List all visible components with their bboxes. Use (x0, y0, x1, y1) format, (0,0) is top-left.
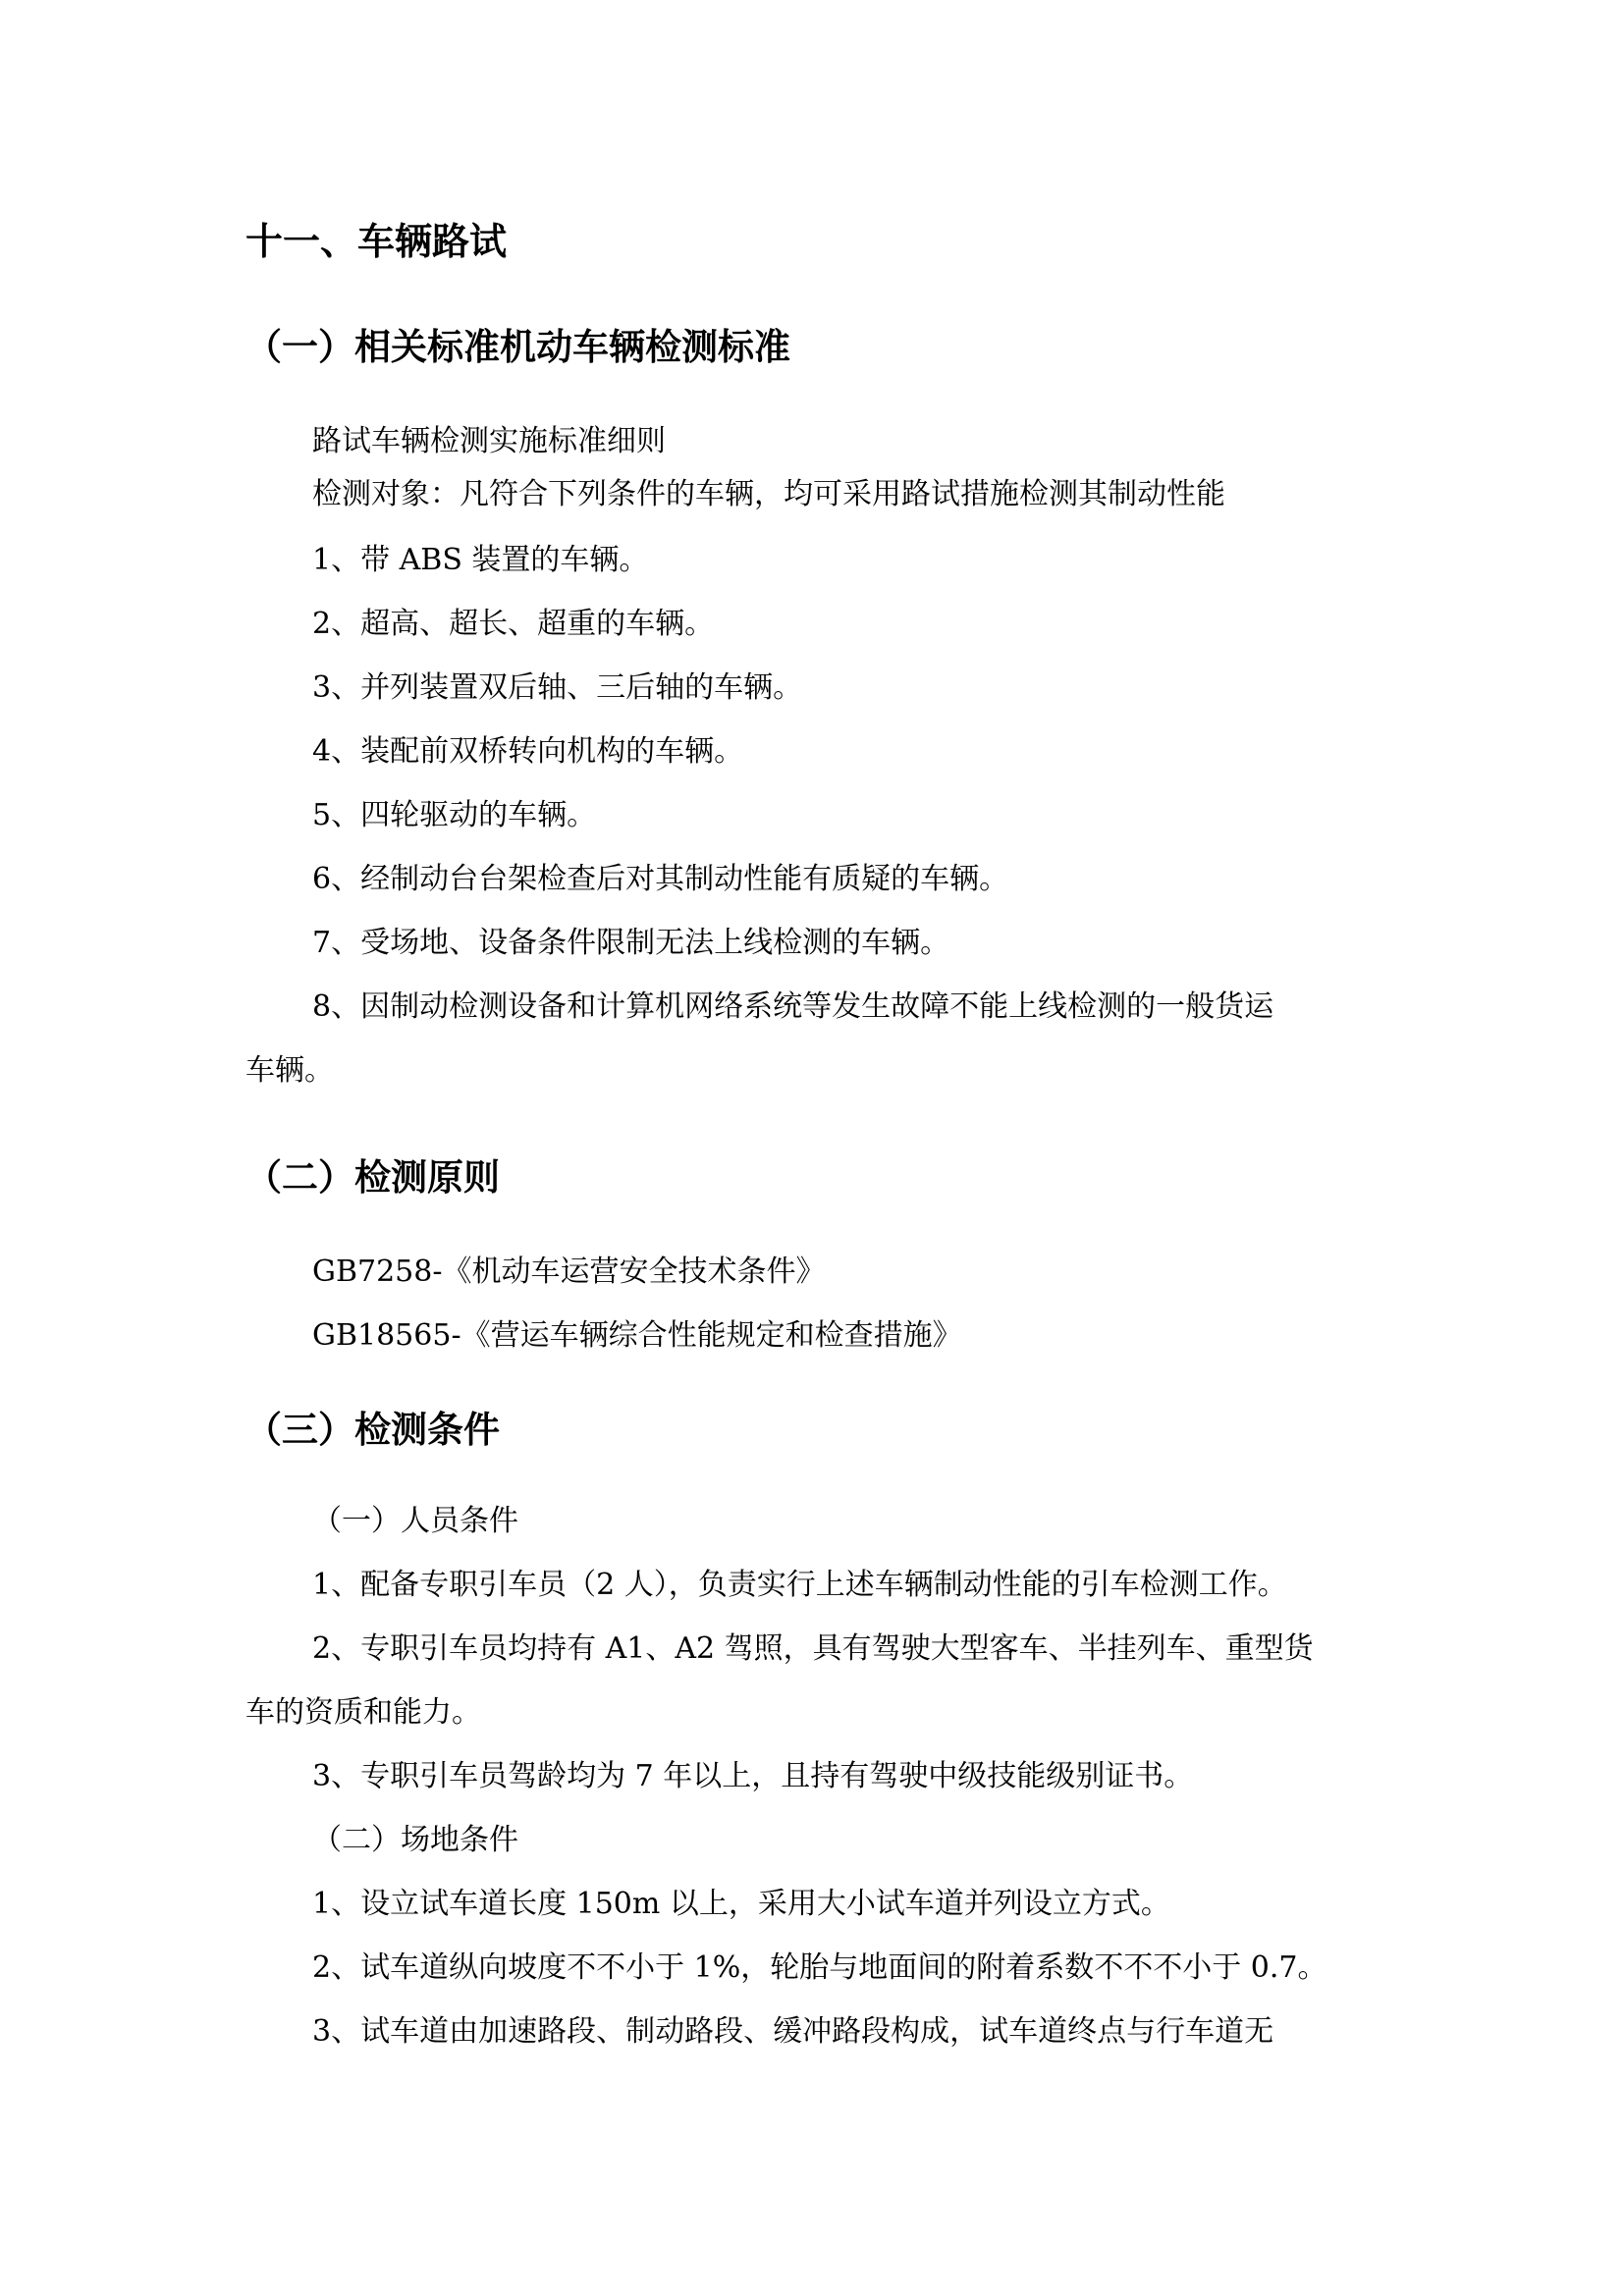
section-heading: （三）检测条件 (245, 1409, 500, 1452)
list-item: 7、受场地、设备条件限制无法上线检测的车辆。 (312, 926, 949, 961)
list-item: 5、四轮驱动的车辆。 (312, 798, 596, 833)
standard-reference: GB7258-《机动车运营安全技术条件》 (312, 1255, 826, 1290)
section-heading: （一）相关标准机动车辆检测标准 (245, 326, 790, 369)
list-item: 6、经制动台台架检查后对其制动性能有质疑的车辆。 (312, 862, 1008, 897)
list-item: 8、因制动检测设备和计算机网络系统等发生故障不能上线检测的一般货运 (312, 989, 1273, 1025)
intro-paragraph: 检测对象：凡符合下列条件的车辆，均可采用路试措施检测其制动性能 (312, 477, 1225, 512)
section-subtitle: 路试车辆检测实施标准细则 (312, 424, 666, 459)
list-item: 1、设立试车道长度 150m 以上，采用大小试车道并列设立方式。 (312, 1887, 1170, 1922)
list-item: 3、并列装置双后轴、三后轴的车辆。 (312, 670, 802, 706)
list-item: 2、试车道纵向坡度不不小于 1%，轮胎与地面间的附着系数不不不小于 0.7。 (312, 1950, 1326, 1986)
list-item-continuation: 车的资质和能力。 (245, 1695, 481, 1731)
list-item: 3、试车道由加速路段、制动路段、缓冲路段构成，试车道终点与行车道无 (312, 2014, 1273, 2050)
subsection-heading: （一）人员条件 (312, 1504, 518, 1539)
list-item: 2、专职引车员均持有 A1、A2 驾照，具有驾驶大型客车、半挂列车、重型货 (312, 1631, 1314, 1667)
list-item: 3、专职引车员驾龄均为 7 年以上，且持有驾驶中级技能级别证书。 (312, 1759, 1193, 1794)
list-item: 1、配备专职引车员（2 人），负责实行上述车辆制动性能的引车检测工作。 (312, 1568, 1287, 1603)
document-page: 十一、车辆路试 （一）相关标准机动车辆检测标准 路试车辆检测实施标准细则 检测对… (0, 0, 1624, 2296)
section-heading: （二）检测原则 (245, 1156, 500, 1200)
standard-reference: GB18565-《营运车辆综合性能规定和检查措施》 (312, 1318, 962, 1354)
subsection-heading: （二）场地条件 (312, 1823, 518, 1858)
list-item: 1、带 ABS 装置的车辆。 (312, 543, 648, 578)
list-item: 2、超高、超长、超重的车辆。 (312, 607, 714, 642)
chapter-title: 十一、车辆路试 (245, 220, 507, 263)
list-item-continuation: 车辆。 (245, 1053, 334, 1089)
list-item: 4、装配前双桥转向机构的车辆。 (312, 734, 743, 770)
